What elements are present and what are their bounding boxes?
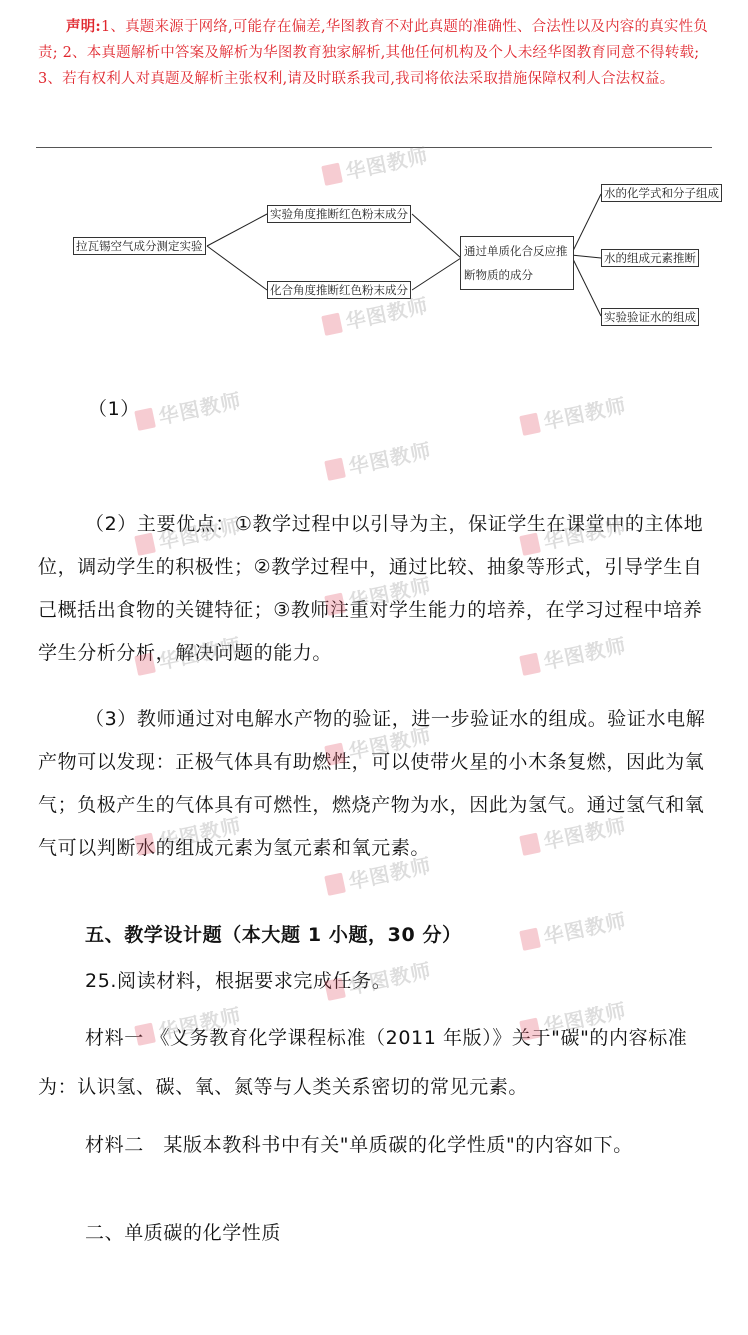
diagram-node-center: 通过单质化合反应推断物质的成分 [460, 236, 574, 290]
material-two: 材料二 某版本教科书中有关"单质碳的化学性质"的内容如下。 [38, 1117, 714, 1174]
material-one: 材料一 《义务教育化学课程标准（2011 年版）》关于"碳"的内容标准为：认识氢… [38, 1014, 714, 1112]
diagram-node-leaf-formula: 水的化学式和分子组成 [601, 184, 722, 202]
answer-q1: （1） [88, 388, 748, 431]
subheading-carbon: 二、单质碳的化学性质 [85, 1212, 748, 1255]
diagram-node-combination-angle: 化合角度推断红色粉末成分 [267, 281, 411, 299]
diagram-node-leaf-elements: 水的组成元素推断 [601, 249, 699, 267]
question-25: 25.阅读材料，根据要求完成任务。 [85, 960, 748, 1003]
answer-q2: （2）主要优点：①教学过程中以引导为主，保证学生在课堂中的主体地位，调动学生的积… [38, 503, 714, 675]
diagram-node-leaf-verify: 实验验证水的组成 [601, 308, 699, 326]
watermark: 华图教师 [323, 434, 434, 485]
watermark-logo-icon [324, 457, 346, 480]
concept-diagram: 拉瓦锡空气成分测定实验 实验角度推断红色粉末成分 化合角度推断红色粉末成分 通过… [0, 0, 748, 340]
answer-q3: （3）教师通过对电解水产物的验证，进一步验证水的组成。验证水电解产物可以发现：正… [38, 698, 714, 870]
section-heading: 五、教学设计题（本大题 1 小题，30 分） [85, 914, 748, 957]
watermark-logo-icon [324, 872, 346, 895]
diagram-node-root: 拉瓦锡空气成分测定实验 [73, 237, 206, 255]
diagram-node-experiment-angle: 实验角度推断红色粉末成分 [267, 205, 411, 223]
